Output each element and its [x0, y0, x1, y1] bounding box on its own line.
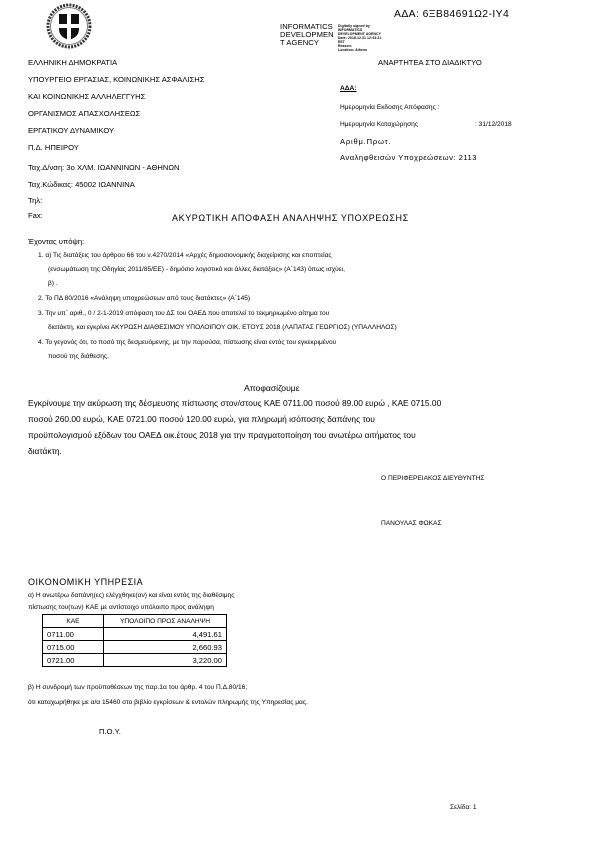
table-header-row: ΚΑΕ ΥΠΟΛΟΙΠΟ ΠΡΟΣ ΑΝΑΛΗΨΗ	[43, 615, 227, 628]
document-title: ΑΚΥΡΩΤΙΚΗ ΑΠΟΦΑΣΗ ΑΝΑΛΗΨΗΣ ΥΠΟΧΡΕΩΣΗΣ	[172, 213, 409, 223]
phone: Τηλ:	[28, 196, 42, 205]
signature-line: Location: Athens	[338, 48, 381, 52]
column-header-kae: ΚΑΕ	[43, 615, 104, 628]
consideration-1b: β) .	[48, 280, 58, 287]
logo-line: T AGENCY	[280, 39, 334, 47]
posting-note: ΑΝΑΡΤΗΤΕΑ ΣΤΟ ΔΙΑΔΙΚΤΥΟ	[378, 58, 482, 67]
signatory-name: ΠΑΝΟΥΛΑΣ ΦΩΚΑΣ	[381, 520, 442, 527]
consideration-1a: 1. α) Τις διατάξεις του άρθρου 66 του ν.…	[38, 252, 332, 259]
postal-code: Ταχ.Κώδικας: 45002 ΙΩΑΝΝΙΝΑ	[28, 180, 135, 189]
signing-agency-logo: INFORMATICS DEVELOPMEN T AGENCY	[280, 23, 334, 47]
registration-date-value: : 31/12/2018	[475, 121, 512, 128]
decision-line: Εγκρίνουμε την ακύρωση της δέσμευσης πίσ…	[28, 398, 441, 408]
financial-line-b2: ότι καταχωρήθηκε με α/α 15460 στο βιβλίο…	[28, 699, 308, 706]
financial-line-a1: α) Η ανωτέρω δαπάνη(ες) ελέγχθηκε(αν) κα…	[28, 592, 234, 599]
org-line-organization: ΟΡΓΑΝΙΣΜΟΣ ΑΠΑΣΧΟΛΗΣΕΩΣ	[28, 109, 140, 118]
kae-balance: 2,660.93	[104, 641, 227, 654]
issue-date-label: Ημερομηνία Εκδοσης Απόφασης :	[340, 104, 439, 111]
consideration-4: 4. Το γεγονός ότι, το ποσό της δεσμευόμε…	[38, 339, 336, 346]
financial-unit-label: Π.Ο.Υ.	[99, 727, 121, 736]
page-number: Σελίδα: 1	[450, 804, 477, 811]
financial-line-a2: πίστωσης του(των) ΚΑΕ με αντίστοιχο υπόλ…	[28, 604, 214, 611]
kae-balance-table: ΚΑΕ ΥΠΟΛΟΙΠΟ ΠΡΟΣ ΑΝΑΛΗΨΗ 0711.00 4,491.…	[42, 614, 227, 667]
consideration-2: 2. Το ΠΔ 80/2016 «Ανάληψη υποχρεώσεων απ…	[38, 295, 250, 302]
kae-code: 0721.00	[43, 654, 104, 667]
decision-line: προϋπολογισμού εξόδων του ΟΑΕΔ οικ.έτους…	[28, 430, 416, 440]
table-row: 0711.00 4,491.61	[43, 628, 227, 641]
consideration-3: 3. Την υπ΄ αριθ., 0 / 2-1-2019 απόφαση τ…	[38, 310, 329, 317]
decision-heading: Αποφασίζουμε	[244, 383, 300, 393]
fax: Fax:	[28, 211, 43, 220]
org-line-region: Π.Δ. ΗΠΕΙΡΟΥ	[28, 143, 79, 152]
table-row: 0721.00 3,220.00	[43, 654, 227, 667]
address: Ταχ.Δ/νση: 3ο ΧΛΜ. ΙΩΑΝΝΙΝΩΝ - ΑΘΗΝΩΝ	[28, 163, 179, 172]
considering-label: Έχοντας υπόψη:	[28, 237, 84, 246]
org-line-organization-cont: ΕΡΓΑΤΙΚΟΥ ΔΥΝΑΜΙΚΟΥ	[28, 126, 114, 135]
financial-service-heading: ΟΙΚΟΝΟΜΙΚΗ ΥΠΗΡΕΣΙΑ	[28, 577, 143, 587]
consideration-1a-cont: (ενσωμάτωση της Οδηγίας 2011/85/ΕΕ) - δη…	[48, 266, 345, 273]
kae-code: 0715.00	[43, 641, 104, 654]
consideration-3-cont: διατάκτη, και εγκρίνει ΑΚΥΡΩΣΗ ΔΙΑΘΕΣΙΜΟ…	[48, 324, 397, 331]
org-line-ministry: ΥΠΟΥΡΓΕΙΟ ΕΡΓΑΣΙΑΣ, ΚΟΙΝΩΝΙΚΗΣ ΑΣΦΑΛΙΣΗΣ	[28, 75, 204, 84]
kae-balance: 3,220.00	[104, 654, 227, 667]
signatory-title: Ο ΠΕΡΙΦΕΡΕΙΑΚΟΣ ΔΙΕΥΘΥΝΤΗΣ	[381, 475, 485, 482]
digital-signature-details: Digitally signed by INFORMATICS DEVELOPM…	[338, 24, 381, 52]
org-line-ministry-cont: ΚΑΙ ΚΟΙΝΩΝΙΚΗΣ ΑΛΛΗΛΕΓΓΥΗΣ	[28, 92, 145, 101]
kae-code: 0711.00	[43, 628, 104, 641]
column-header-balance: ΥΠΟΛΟΙΠΟ ΠΡΟΣ ΑΝΑΛΗΨΗ	[104, 615, 227, 628]
decision-line: διατάκτη.	[28, 446, 62, 456]
table-row: 0715.00 2,660.93	[43, 641, 227, 654]
registration-date-label: Ημερομηνία Καταχώρησης	[340, 121, 418, 128]
ada-code: ΑΔΑ: 6ΞΒ84691Ω2-ΙΥ4	[394, 9, 509, 20]
ada-label: ΑΔΑ:	[340, 85, 356, 92]
org-line-country: ΕΛΛΗΝΙΚΗ ΔΗΜΟΚΡΑΤΙΑ	[28, 58, 117, 67]
kae-balance: 4,491.61	[104, 628, 227, 641]
financial-line-b1: β) Η συνδρομή των προϋποθέσεων της παρ.1…	[28, 684, 247, 691]
commitments-register-label: Αναληφθεισών Υποχρεώσεων: 2113	[340, 153, 477, 162]
protocol-number-label: Αριθμ.Πρωτ.	[340, 137, 391, 146]
decision-line: ποσού 260.00 ευρώ, ΚΑΕ 0721.00 ποσού 120…	[28, 414, 375, 424]
consideration-4-cont: ποσού της διάθεσης.	[48, 353, 109, 360]
greek-coat-of-arms-icon	[46, 3, 92, 49]
